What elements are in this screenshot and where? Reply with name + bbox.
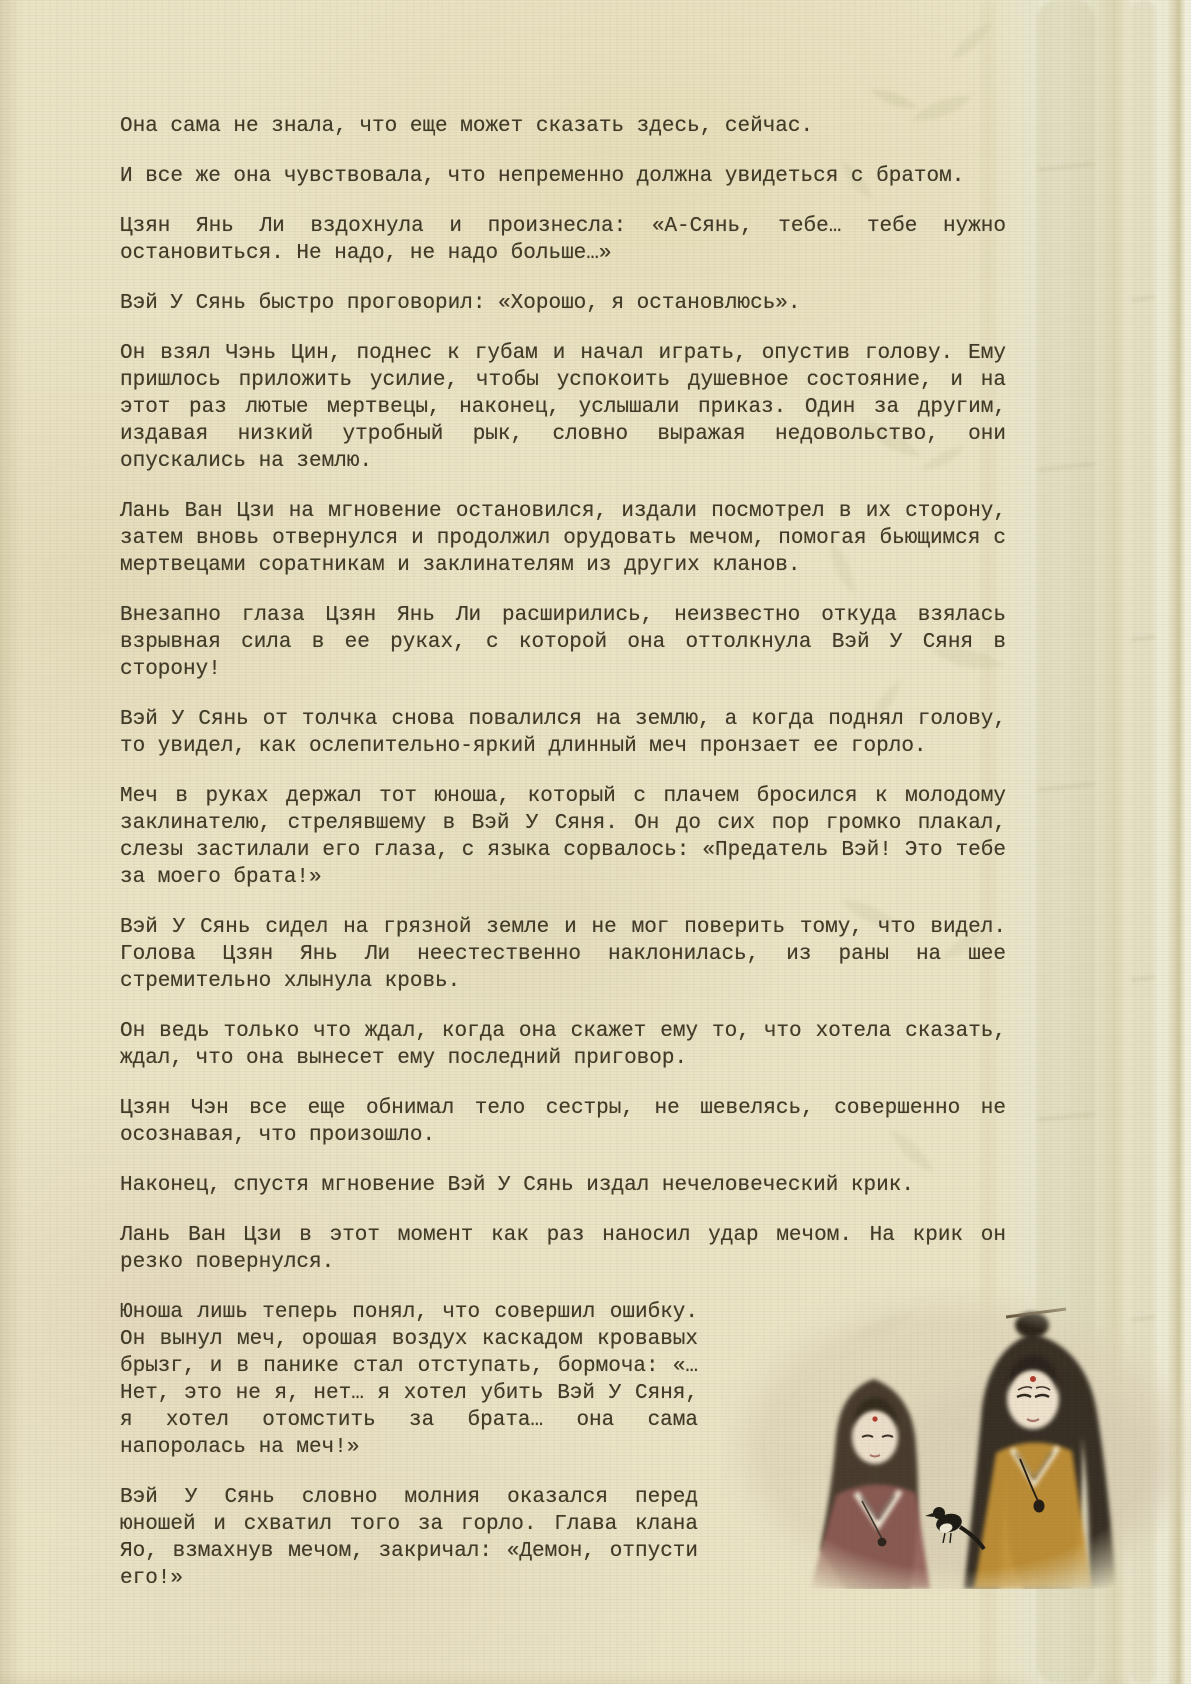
paragraph: Вэй У Сянь сидел на грязной земле и не м… xyxy=(120,914,1006,995)
paragraph: Цзян Янь Ли вздохнула и произнесла: «А-С… xyxy=(120,213,1006,267)
paragraph: Наконец, спустя мгновение Вэй У Сянь изд… xyxy=(120,1172,1006,1199)
paragraph: Она сама не знала, что еще может сказать… xyxy=(120,113,1006,140)
paragraph: Вэй У Сянь от толчка снова повалился на … xyxy=(120,706,1006,760)
character-illustration xyxy=(724,1287,1191,1589)
paragraph: И все же она чувствовала, что непременно… xyxy=(120,163,1006,190)
paragraph: Меч в руках держал тот юноша, который с … xyxy=(120,783,1006,891)
paragraph: Лань Ван Цзи на мгновение остановился, и… xyxy=(120,498,1006,579)
paragraph: Лань Ван Цзи в этот момент как раз нанос… xyxy=(120,1222,1006,1276)
paragraph: Он ведь только что ждал, когда она скаже… xyxy=(120,1018,1006,1072)
paragraph: Он взял Чэнь Цин, поднес к губам и начал… xyxy=(120,340,1006,475)
book-page: Она сама не знала, что еще может сказать… xyxy=(0,0,1191,1684)
paragraph: Вэй У Сянь быстро проговорил: «Хорошо, я… xyxy=(120,290,1006,317)
paragraph: Цзян Чэн все еще обнимал тело сестры, не… xyxy=(120,1095,1006,1149)
paragraph: Внезапно глаза Цзян Янь Ли расширились, … xyxy=(120,602,1006,683)
story-text: Она сама не знала, что еще может сказать… xyxy=(120,113,1006,1615)
